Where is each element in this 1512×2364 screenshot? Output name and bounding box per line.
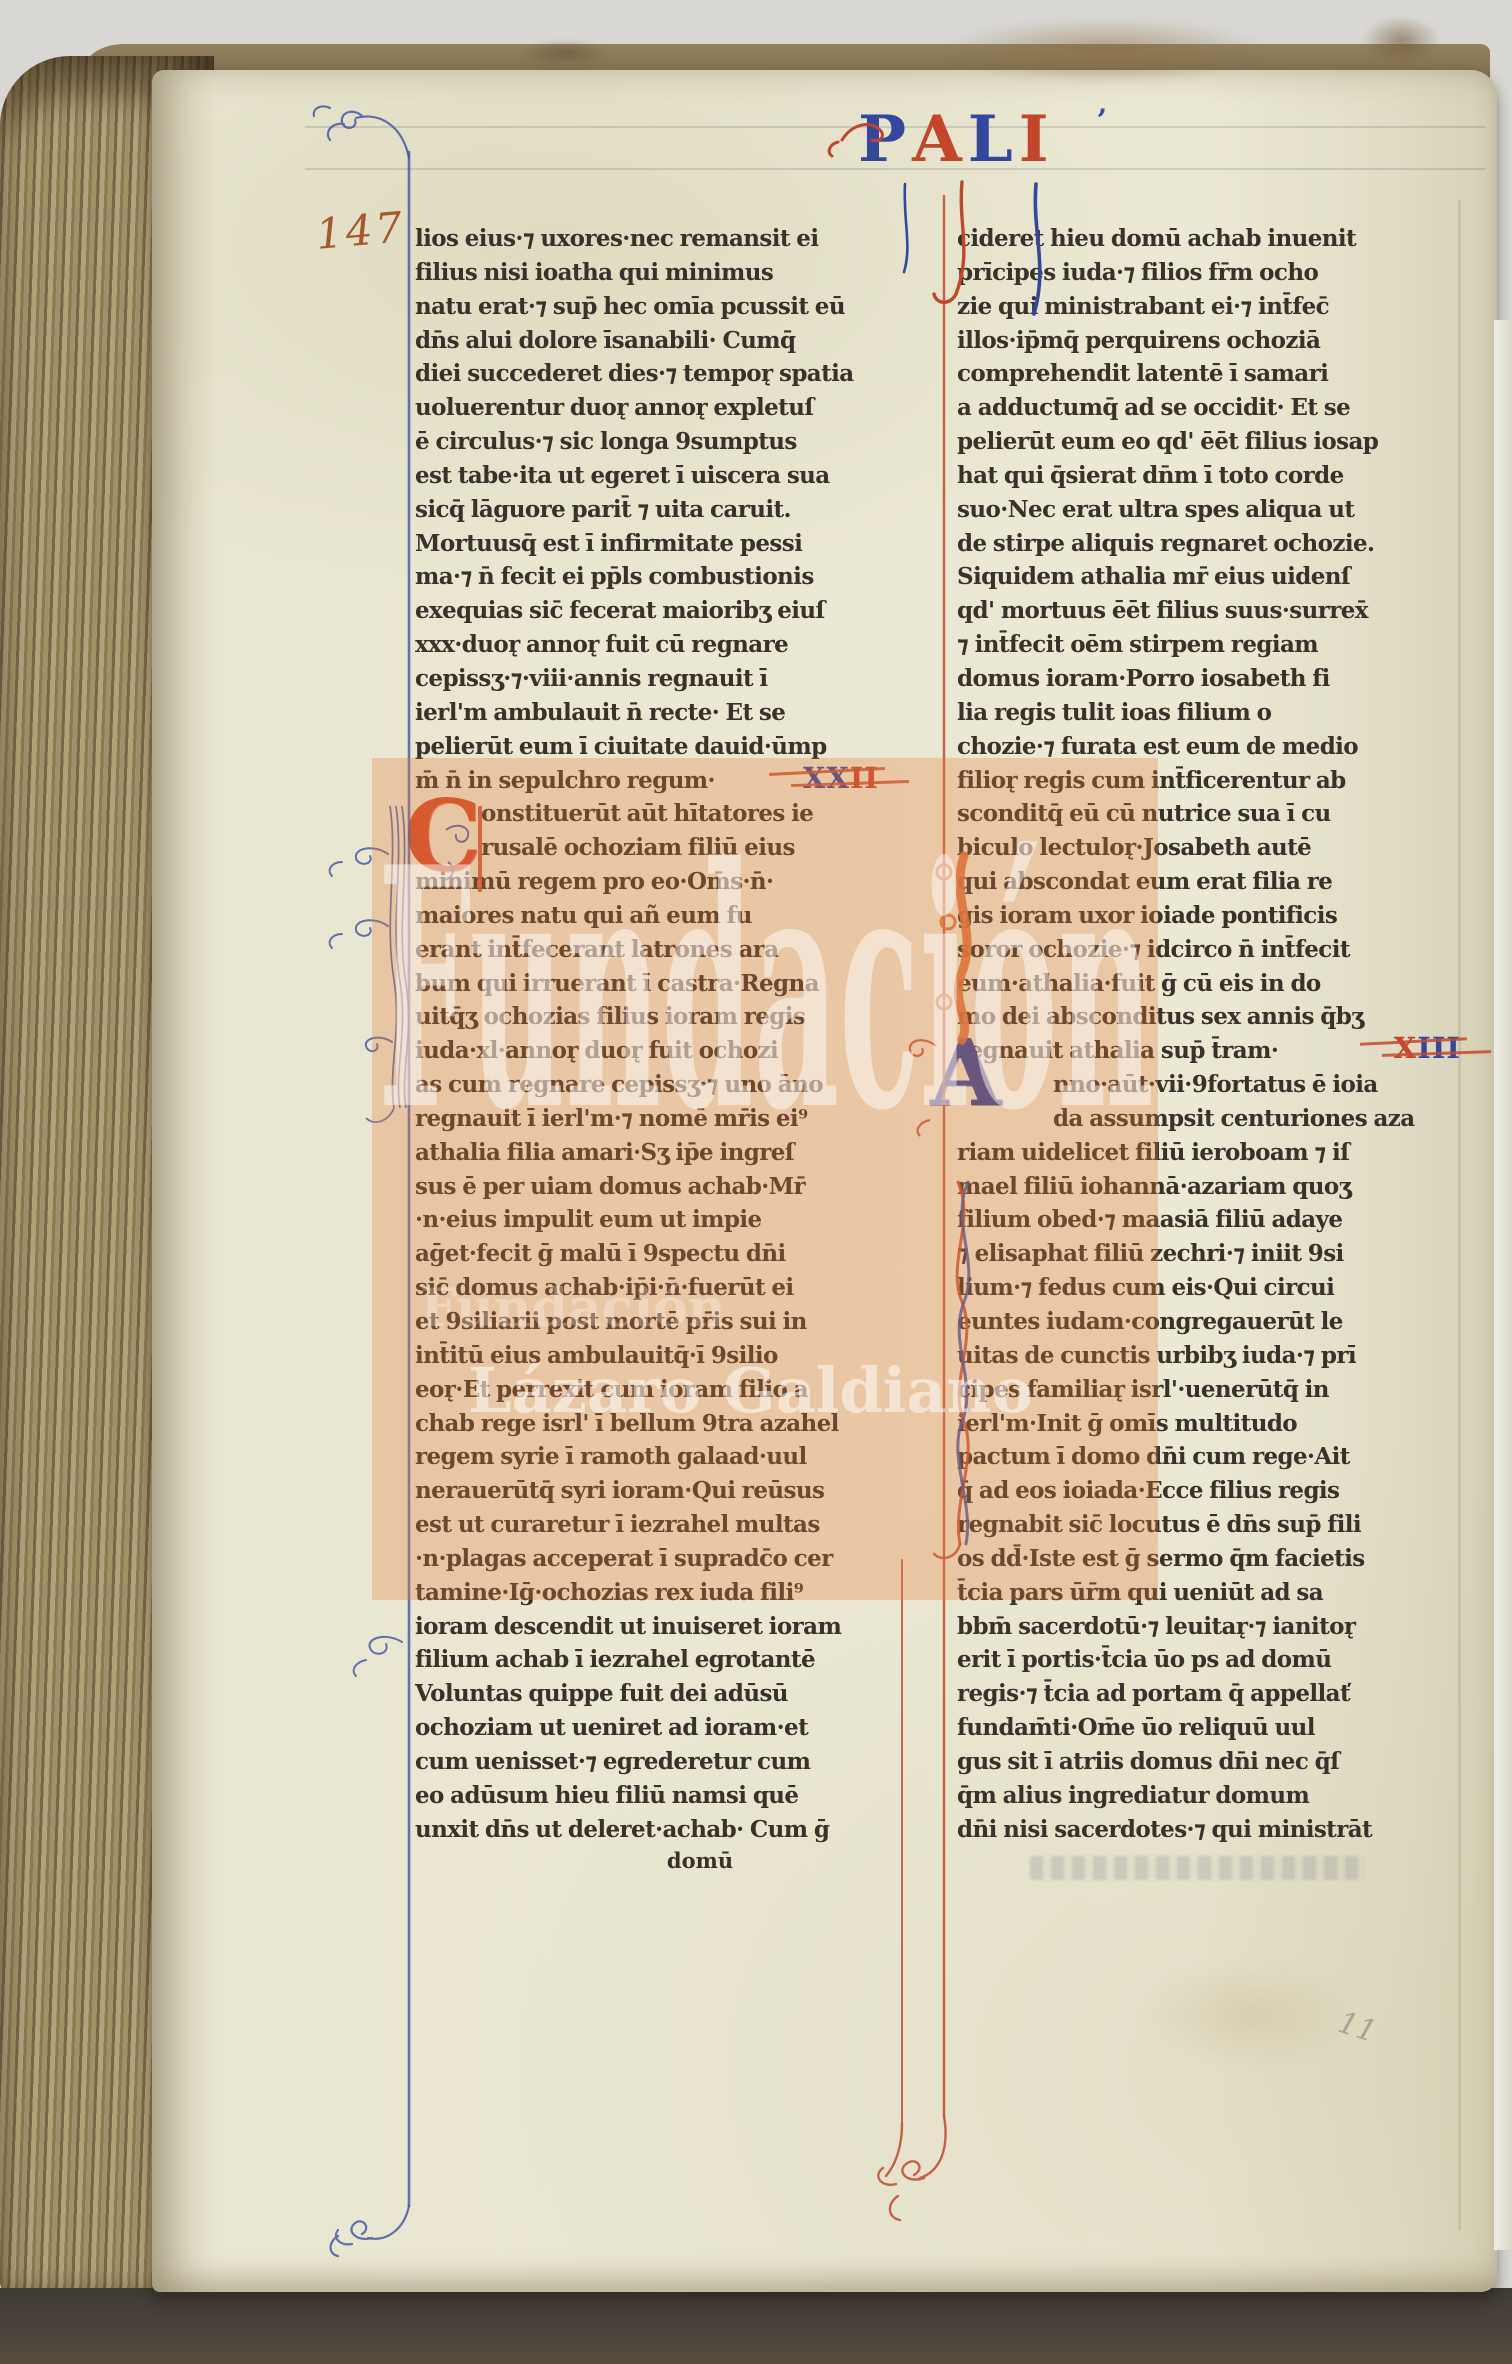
text-line: filior̨ regis cum int̄ficerentur ab <box>957 764 1457 798</box>
text-line: gus sit ī atriis domus dn̄i nec q̄ſ <box>957 1745 1457 1779</box>
text-line: t̄cia pars ūr̄m qui ueniūt ad sa <box>957 1576 1457 1610</box>
text-line: qd' mortuus ēēt filius suus·surrex̄ <box>957 594 1457 628</box>
manuscript-photo: PALI ʼ 147 lios eius·⁊ uxores·nec remans… <box>0 0 1512 2364</box>
text-line: a adductumq̄ ad se occidit· Et se <box>957 391 1457 425</box>
text-line-content: bbm̄ sacerdotū·⁊ leuitar̨·⁊ ianitor̨ <box>957 1613 1355 1640</box>
text-line: uoluerentur duor̨ annor̨ expletuſ <box>415 391 945 425</box>
text-line-content: pelierūt eum eo qd' ēēt filius iosap <box>957 428 1378 455</box>
running-title-letter: L <box>968 100 1019 180</box>
right-text-column: cideret hieu domū achab inuenitprīcipes … <box>957 222 1457 1847</box>
text-line: pactum ī domo dn̄i cum rege·Ait <box>957 1440 1457 1474</box>
text-line-content: Siquidem athalia mr̄ eius uidenſ <box>957 563 1350 590</box>
text-line: q̄m alius ingrediatur domum <box>957 1779 1457 1813</box>
text-line: rusalē ochoziam filiū eius <box>415 831 945 865</box>
text-line-content: filium achab ī iezrahel egrotantē <box>415 1646 815 1673</box>
text-line-content: nerauerūtq̄ syri ioram·Qui reūsus <box>415 1477 824 1504</box>
text-line-content: regnauit athalia sup̄ t̄ram· <box>957 1037 1278 1064</box>
text-line-content: cipes familiar̨ isrl'·uenerūtq̄ in <box>957 1376 1329 1403</box>
text-line: aḡet·fecit ḡ malū ī 9spectu dn̄i <box>415 1237 945 1271</box>
text-line-content: q̄m alius ingrediatur domum <box>957 1782 1309 1809</box>
text-line: int̄itū eius ambulauitq̄·ī 9silio <box>415 1339 945 1373</box>
text-line-content: cideret hieu domū achab inuenit <box>957 225 1356 252</box>
text-line: maiores natu qui añ eum fu <box>415 899 945 933</box>
text-line: domus ioram·Porro iosabeth fi <box>957 662 1457 696</box>
text-line-content: Mortuusq̄ est ī infirmitate pessi <box>415 530 802 557</box>
chapter-number-segment: X <box>1394 1031 1418 1065</box>
text-line: sconditq̄ eū cū nutrice sua ī cu <box>957 797 1457 831</box>
text-line-content: uitas de cunctis urbibʒ iuda·⁊ prī <box>957 1342 1356 1369</box>
text-line: est tabe·ita ut egeret ī uiscera sua <box>415 459 945 493</box>
text-line-content: cum uenisset·⁊ egrederetur cum <box>415 1748 810 1775</box>
text-line-content: uoluerentur duor̨ annor̨ expletuſ <box>415 394 814 421</box>
text-line-content: ⁊ int̄fecit oēm stirpem regiam <box>957 631 1318 658</box>
text-line: ⁊ elisaphat filiū zechri·⁊ iniit 9si <box>957 1237 1457 1271</box>
text-line-content: chozie·⁊ furata est eum de medio <box>957 733 1358 760</box>
text-line: suo·Nec erat ultra spes aliqua ut <box>957 493 1457 527</box>
text-line-content: suo·Nec erat ultra spes aliqua ut <box>957 496 1354 523</box>
text-line-content: ·n·plagas acceperat ī supradc̄o cer <box>415 1545 833 1572</box>
text-line-content: sconditq̄ eū cū nutrice sua ī cu <box>957 800 1331 827</box>
text-line: de stirpe aliquis regnaret ochozie. <box>957 527 1457 561</box>
text-line: lium·⁊ fedus cum eis·Qui circui <box>957 1271 1457 1305</box>
text-line-content: filior̨ regis cum int̄ficerentur ab <box>957 767 1346 794</box>
text-line: zie qui ministrabant ei·⁊ int̄fec̄ <box>957 290 1457 324</box>
text-line-content: gus sit ī atriis domus dn̄i nec q̄ſ <box>957 1748 1339 1775</box>
text-line: erit ī portis·t̄cia ūo ps ad domū <box>957 1643 1457 1677</box>
text-line-content: ierl'm ambulauit n̄ recte· Et se <box>415 699 785 726</box>
text-line: filium achab ī iezrahel egrotantē <box>415 1643 945 1677</box>
text-line-content: sus ē per uiam domus achab·Mr̄ <box>415 1173 805 1200</box>
text-line: filius nisi ioatha qui minimus <box>415 256 945 290</box>
chapter-number-segment: II <box>850 761 879 795</box>
text-line: onstituerūt aūt hītatores ie <box>415 797 945 831</box>
text-line: lia regis tulit ioas filium o <box>957 696 1457 730</box>
text-line-content: zie qui ministrabant ei·⁊ int̄fec̄ <box>957 293 1329 320</box>
text-line: unxit dn̄s ut deleret·achab· Cum ḡ <box>415 1813 945 1847</box>
text-line-content: sic̄ domus achab·ip̄i·n̄·fuerūt ei <box>415 1274 794 1301</box>
text-line: prīcipes iuda·⁊ filios fr̄m ocho <box>957 256 1457 290</box>
text-line-content: aḡet·fecit ḡ malū ī 9spectu dn̄i <box>415 1240 786 1267</box>
text-line: pelierūt eum eo qd' ēēt filius iosap <box>957 425 1457 459</box>
text-line-content: ioram descendit ut inuiseret ioram <box>415 1613 841 1640</box>
text-line-content: dn̄s alui dolore īsanabili· Cumq̄ <box>415 327 796 354</box>
text-line-content: filium obed·⁊ maasiā filiū adaye <box>957 1206 1342 1233</box>
running-title-letter: P <box>858 100 912 180</box>
desk-surface <box>0 2288 1512 2364</box>
text-line: ma·⁊ n̄ fecit ei pp̄ls combustionis <box>415 560 945 594</box>
text-line: mo dei absconditus sex annis q̄bʒ <box>957 1000 1457 1034</box>
text-line: diei succederet dies·⁊ tempor̨ spatia <box>415 357 945 391</box>
text-line: illos·ip̄mq̄ perquirens ochoziā <box>957 324 1457 358</box>
text-line: hat qui q̄sierat dn̄m ī toto corde <box>957 459 1457 493</box>
text-line-content: natu erat·⁊ sup̄ hec omīa pcussit eū <box>415 293 845 320</box>
chapter-number-marker: XIII <box>1394 1032 1461 1066</box>
text-line-content: cepissʒ·⁊·viii·annis regnauit ī <box>415 665 768 692</box>
text-line-content: tamine·Iḡ·ochozias rex iuda fili⁹ <box>415 1579 803 1606</box>
text-line-content: os dd̄·Iste est ḡ sermo q̄m facietis <box>957 1545 1365 1572</box>
text-line: regnauit athalia sup̄ t̄ram·XIII <box>957 1034 1457 1068</box>
text-line: ioram descendit ut inuiseret ioram <box>415 1610 945 1644</box>
text-line-content: as cum regnare cepissʒ·⁊ uno āno <box>415 1071 823 1098</box>
text-line: exequias sic̄ fecerat maioribʒ eiuſ <box>415 594 945 628</box>
text-line-content: filius nisi ioatha qui minimus <box>415 259 773 286</box>
text-line: natu erat·⁊ sup̄ hec omīa pcussit eū <box>415 290 945 324</box>
left-text-column: lios eius·⁊ uxores·nec remansit eifilius… <box>415 222 945 1847</box>
text-line-content: int̄itū eius ambulauitq̄·ī 9silio <box>415 1342 778 1369</box>
text-line: euntes iudam·congregauerūt le <box>957 1305 1457 1339</box>
text-line-content: lios eius·⁊ uxores·nec remansit ei <box>415 225 818 252</box>
folio-number: 147 <box>314 202 408 259</box>
text-line-content: ma·⁊ n̄ fecit ei pp̄ls combustionis <box>415 563 814 590</box>
text-line-content: dn̄i nisi sacerdotes·⁊ qui ministrāt <box>957 1816 1372 1843</box>
text-line: riam uidelicet filiū ieroboam ⁊ iſ <box>957 1136 1457 1170</box>
text-line-content: ierl'm·Init ḡ omīs multitudo <box>957 1410 1297 1437</box>
text-line: tamine·Iḡ·ochozias rex iuda fili⁹ <box>415 1576 945 1610</box>
text-line-content: regnauit ī ierl'm·⁊ nomē mr̄is ei⁹ <box>415 1105 808 1132</box>
text-line-content: qd' mortuus ēēt filius suus·surrex̄ <box>957 597 1368 624</box>
text-line-content: eum·athalia·fuit ḡ cū eis in do <box>957 970 1321 997</box>
text-line: dn̄s alui dolore īsanabili· Cumq̄ <box>415 324 945 358</box>
text-line-content: pelierūt eum ī ciuitate dauid·ūmp <box>415 733 827 760</box>
text-line-content: regnabit sic̄ locutus ē dn̄s sup̄ fili <box>957 1511 1361 1538</box>
text-line-content: ⁊ elisaphat filiū zechri·⁊ iniit 9si <box>957 1240 1344 1267</box>
text-line-content: chab rege isrl' ī bellum 9tra azahel <box>415 1410 839 1437</box>
page-fore-edge <box>1494 320 1512 2250</box>
text-line-content: t̄cia pars ūr̄m qui ueniūt ad sa <box>957 1579 1323 1606</box>
offset-ghost-text <box>1030 1856 1366 1880</box>
text-line-content: domus ioram·Porro iosabeth fi <box>957 665 1330 692</box>
text-line: ierl'm·Init ḡ omīs multitudo <box>957 1407 1457 1441</box>
text-line-content: riam uidelicet filiū ieroboam ⁊ iſ <box>957 1139 1349 1166</box>
text-line: qui abscondat eum erat filia re <box>957 865 1457 899</box>
text-line-content: lia regis tulit ioas filium o <box>957 699 1271 726</box>
catchword: domū <box>620 1848 780 1873</box>
text-line: erant int̄fecerant latrones ara <box>415 933 945 967</box>
running-title: PALI <box>858 100 1055 186</box>
text-line: q̄ ad eos ioiada·Ecce filius regis <box>957 1474 1457 1508</box>
text-line: cipes familiar̨ isrl'·uenerūtq̄ in <box>957 1373 1457 1407</box>
text-line: cum uenisset·⁊ egrederetur cum <box>415 1745 945 1779</box>
text-line: cideret hieu domū achab inuenit <box>957 222 1457 256</box>
text-line-content: qui abscondat eum erat filia re <box>957 868 1332 895</box>
text-line: ·n·plagas acceperat ī supradc̄o cer <box>415 1542 945 1576</box>
text-line-content: biculo lectulor̨·Josabeth autē <box>957 834 1311 861</box>
text-line-content: onstituerūt aūt hītatores ie <box>481 800 813 827</box>
chapter-initial-a: A <box>930 1032 1001 1114</box>
text-line: nerauerūtq̄ syri ioram·Qui reūsus <box>415 1474 945 1508</box>
text-line-content: Voluntas quippe fuit dei adūsū <box>415 1680 788 1707</box>
text-line: filium obed·⁊ maasiā filiū adaye <box>957 1203 1457 1237</box>
text-line-content: unxit dn̄s ut deleret·achab· Cum ḡ <box>415 1816 829 1843</box>
text-line: et 9siliarii post mortē pr̄is sui in <box>415 1305 945 1339</box>
text-line: os dd̄·Iste est ḡ sermo q̄m facietis <box>957 1542 1457 1576</box>
text-line-content: euntes iudam·congregauerūt le <box>957 1308 1343 1335</box>
text-line: regis·⁊ t̄cia ad portam q̄ appellať <box>957 1677 1457 1711</box>
text-line-content: erant int̄fecerant latrones ara <box>415 936 779 963</box>
text-line: sic̄ domus achab·ip̄i·n̄·fuerūt ei <box>415 1271 945 1305</box>
text-line-content: ē circulus·⁊ sic longa 9sumptus <box>415 428 797 455</box>
title-flourish-mark: ʼ <box>1096 104 1106 139</box>
text-line-content: exequias sic̄ fecerat maioribʒ eiuſ <box>415 597 825 624</box>
text-line: bbm̄ sacerdotū·⁊ leuitar̨·⁊ ianitor̨ <box>957 1610 1457 1644</box>
text-line-content: regis·⁊ t̄cia ad portam q̄ appellať <box>957 1680 1350 1707</box>
chapter-number-marker: XXII <box>803 762 879 796</box>
text-line-content: prīcipes iuda·⁊ filios fr̄m ocho <box>957 259 1318 286</box>
text-line-content: athalia filia amari·Sʒ ip̄e ingreſ <box>415 1139 794 1166</box>
text-line-content: da assumpsit centuriones aza <box>1053 1105 1415 1132</box>
text-line: bum qui irruerant ī castra·Regna <box>415 967 945 1001</box>
page-crease <box>1458 200 1461 2230</box>
text-line-content: xxx·duor̨ annor̨ fuit cū regnare <box>415 631 788 658</box>
text-line-content: a adductumq̄ ad se occidit· Et se <box>957 394 1350 421</box>
text-line-content: rusalē ochoziam filiū eius <box>481 834 795 861</box>
chapter-initial-c: C <box>404 794 482 880</box>
text-line-content: et 9siliarii post mortē pr̄is sui in <box>415 1308 807 1335</box>
text-line: gis ioram uxor ioiade pontificis <box>957 899 1457 933</box>
text-line-content: iuda·xl·annor̨ duor̨ fuit ochozi <box>415 1037 778 1064</box>
text-line: nno·aūt·vii·9fortatus ē ioia <box>957 1068 1457 1102</box>
text-line: xxx·duor̨ annor̨ fuit cū regnare <box>415 628 945 662</box>
text-line-content: uitq̄ʒ ochozias filius ioram regis <box>415 1003 805 1030</box>
text-line: athalia filia amari·Sʒ ip̄e ingreſ <box>415 1136 945 1170</box>
text-line: ochoziam ut ueniret ad ioram·et <box>415 1711 945 1745</box>
text-line: soror ochozie·⁊ idcirco n̄ int̄fecit <box>957 933 1457 967</box>
text-line-content: comprehendit latentē ī samari <box>957 360 1328 387</box>
text-line-content: regem syrie ī ramoth galaad·uul <box>415 1443 807 1470</box>
text-line-content: est ut curaretur ī iezrahel multas <box>415 1511 820 1538</box>
text-line: chozie·⁊ furata est eum de medio <box>957 730 1457 764</box>
text-line: uitq̄ʒ ochozias filius ioram regis <box>415 1000 945 1034</box>
text-line: dn̄i nisi sacerdotes·⁊ qui ministrāt <box>957 1813 1457 1847</box>
text-line-content: mo dei absconditus sex annis q̄bʒ <box>957 1003 1364 1030</box>
text-line: lios eius·⁊ uxores·nec remansit ei <box>415 222 945 256</box>
text-line: eor̨·Et perrexit cum ioram filio a <box>415 1373 945 1407</box>
text-line-content: diei succederet dies·⁊ tempor̨ spatia <box>415 360 854 387</box>
text-line-content: est tabe·ita ut egeret ī uiscera sua <box>415 462 830 489</box>
text-line: m̄ n̄ in sepulchro regum·XXII <box>415 764 945 798</box>
text-line: ierl'm ambulauit n̄ recte· Et se <box>415 696 945 730</box>
text-line-content: q̄ ad eos ioiada·Ecce filius regis <box>957 1477 1339 1504</box>
text-line: minimū regem pro eo·Om̄s·n̄· <box>415 865 945 899</box>
text-line-content: fundam̄ti·Om̄e ūo reliquū uul <box>957 1714 1315 1741</box>
text-line: comprehendit latentē ī samari <box>957 357 1457 391</box>
text-line: est ut curaretur ī iezrahel multas <box>415 1508 945 1542</box>
text-line: fundam̄ti·Om̄e ūo reliquū uul <box>957 1711 1457 1745</box>
text-line: Siquidem athalia mr̄ eius uidenſ <box>957 560 1457 594</box>
text-line: pelierūt eum ī ciuitate dauid·ūmp <box>415 730 945 764</box>
text-line: as cum regnare cepissʒ·⁊ uno āno <box>415 1068 945 1102</box>
text-line: sus ē per uiam domus achab·Mr̄ <box>415 1170 945 1204</box>
text-line-content: illos·ip̄mq̄ perquirens ochoziā <box>957 327 1320 354</box>
text-line: biculo lectulor̨·Josabeth autē <box>957 831 1457 865</box>
text-line: eo adūsum hieu filiū namsi quē <box>415 1779 945 1813</box>
text-line: mael filiū iohannā·azariam quoʒ <box>957 1170 1457 1204</box>
text-line: regnabit sic̄ locutus ē dn̄s sup̄ fili <box>957 1508 1457 1542</box>
text-line: regnauit ī ierl'm·⁊ nomē mr̄is ei⁹ <box>415 1102 945 1136</box>
text-line-content: bum qui irruerant ī castra·Regna <box>415 970 819 997</box>
text-line-content: eo adūsum hieu filiū namsi quē <box>415 1782 798 1809</box>
text-line-content: de stirpe aliquis regnaret ochozie. <box>957 530 1374 557</box>
text-line-content: ·n·eius impulit eum ut impie <box>415 1206 762 1233</box>
text-line-content: pactum ī domo dn̄i cum rege·Ait <box>957 1443 1350 1470</box>
chapter-number-segment: XX <box>803 761 850 795</box>
text-line-content: gis ioram uxor ioiade pontificis <box>957 902 1337 929</box>
text-line: Mortuusq̄ est ī infirmitate pessi <box>415 527 945 561</box>
text-line: iuda·xl·annor̨ duor̨ fuit ochozi <box>415 1034 945 1068</box>
text-line-content: maiores natu qui añ eum fu <box>415 902 752 929</box>
running-title-letter: I <box>1019 100 1055 180</box>
chapter-number-segment: III <box>1417 1031 1461 1065</box>
text-line: sicq̄ lāguore parit̄ ⁊ uita caruit. <box>415 493 945 527</box>
text-line: Voluntas quippe fuit dei adūsū <box>415 1677 945 1711</box>
text-line-content: nno·aūt·vii·9fortatus ē ioia <box>1053 1071 1378 1098</box>
text-line-content: ochoziam ut ueniret ad ioram·et <box>415 1714 808 1741</box>
text-line: regem syrie ī ramoth galaad·uul <box>415 1440 945 1474</box>
text-line: uitas de cunctis urbibʒ iuda·⁊ prī <box>957 1339 1457 1373</box>
text-line: ·n·eius impulit eum ut impie <box>415 1203 945 1237</box>
text-line: da assumpsit centuriones aza <box>957 1102 1457 1136</box>
text-line-content: soror ochozie·⁊ idcirco n̄ int̄fecit <box>957 936 1350 963</box>
text-line: chab rege isrl' ī bellum 9tra azahel <box>415 1407 945 1441</box>
text-line-content: erit ī portis·t̄cia ūo ps ad domū <box>957 1646 1331 1673</box>
text-line-content: lium·⁊ fedus cum eis·Qui circui <box>957 1274 1334 1301</box>
text-line: ē circulus·⁊ sic longa 9sumptus <box>415 425 945 459</box>
text-line-content: sicq̄ lāguore parit̄ ⁊ uita caruit. <box>415 496 791 523</box>
running-title-letter: A <box>912 100 968 180</box>
text-line-content: eor̨·Et perrexit cum ioram filio a <box>415 1376 808 1403</box>
text-line: cepissʒ·⁊·viii·annis regnauit ī <box>415 662 945 696</box>
text-line: eum·athalia·fuit ḡ cū eis in do <box>957 967 1457 1001</box>
text-line-content: mael filiū iohannā·azariam quoʒ <box>957 1173 1351 1200</box>
text-line: ⁊ int̄fecit oēm stirpem regiam <box>957 628 1457 662</box>
text-line-content: hat qui q̄sierat dn̄m ī toto corde <box>957 462 1344 489</box>
